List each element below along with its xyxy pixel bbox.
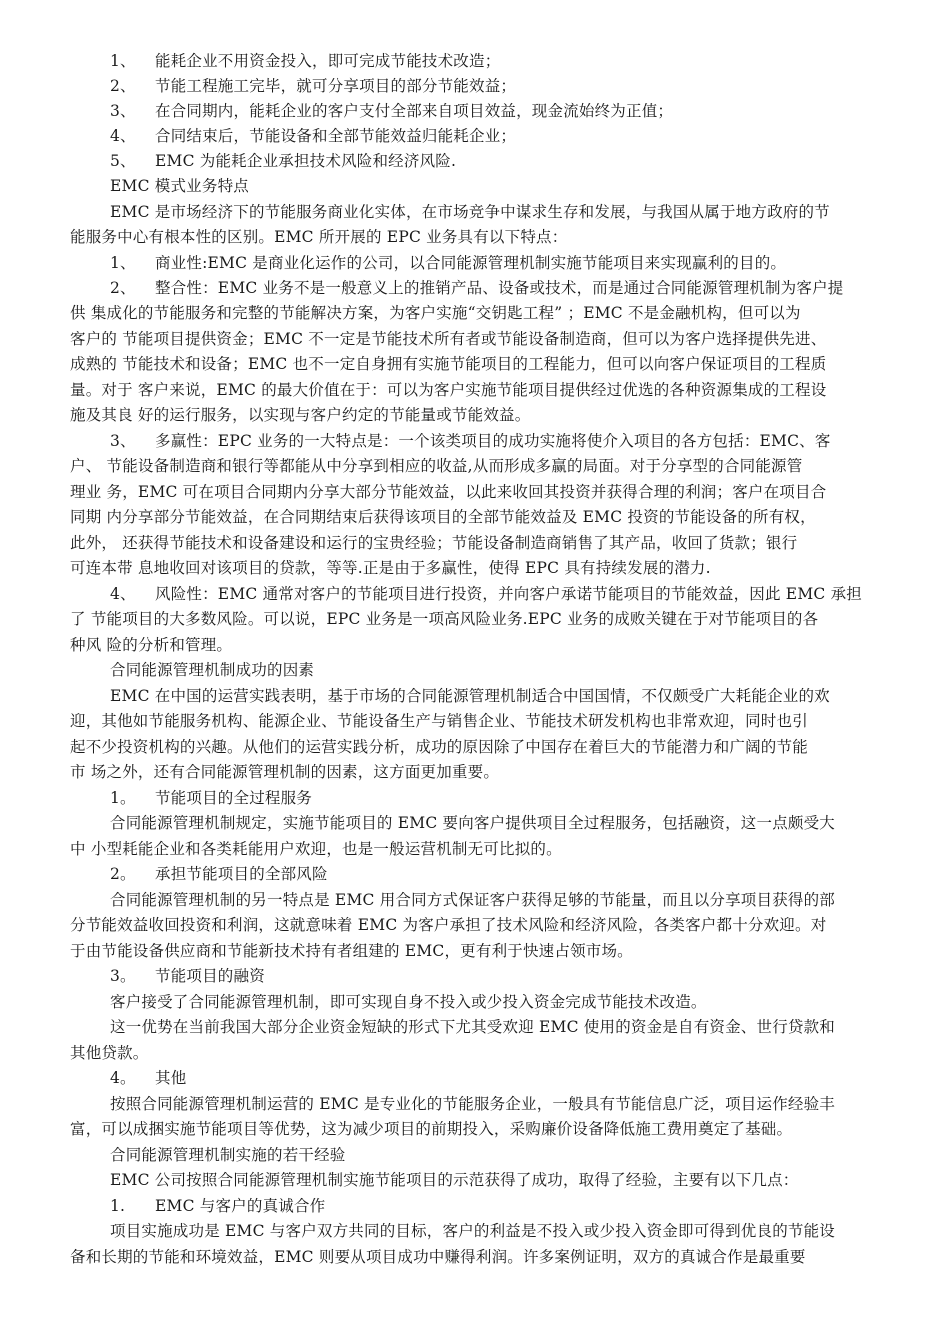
paragraph-line: 客户接受了合同能源管理机制，即可实现自身不投入或少投入资金完成节能技术改造。 bbox=[110, 991, 882, 1013]
paragraph-line: EMC 是市场经济下的节能服务商业化实体，在市场竞争中谋求生存和发展，与我国从属… bbox=[110, 201, 882, 223]
paragraph-line: 客户的 节能项目提供资金；EMC 不一定是节能技术所有者或节能设备制造商，但可以… bbox=[70, 328, 882, 350]
section-heading: EMC 模式业务特点 bbox=[110, 175, 882, 197]
item-text: EMC 为能耗企业承担技术风险和经济风险. bbox=[155, 152, 456, 170]
subsection-heading: 1.EMC 与客户的真诚合作 bbox=[110, 1195, 882, 1217]
paragraph-line: 能服务中心有根本性的区别。EMC 所开展的 EPC 业务具有以下特点： bbox=[70, 226, 882, 248]
item-number: 4。 bbox=[110, 1067, 155, 1089]
item-text: 节能工程施工完毕，就可分享项目的部分节能效益； bbox=[155, 77, 516, 95]
item-number: 2、 bbox=[110, 277, 155, 299]
item-number: 4、 bbox=[110, 125, 155, 147]
item-number: 1。 bbox=[110, 787, 155, 809]
paragraph-line: 迎，其他如节能服务机构、能源企业、节能设备生产与销售企业、节能技术研发机构也非常… bbox=[70, 710, 882, 732]
paragraph-line: 理业 务，EMC 可在项目合同期内分享大部分节能效益，以此来收回其投资并获得合理… bbox=[70, 481, 882, 503]
paragraph-line: 种风 险的分析和管理。 bbox=[70, 634, 882, 656]
paragraph-line: 其他贷款。 bbox=[70, 1042, 882, 1064]
item-number: 1、 bbox=[110, 50, 155, 72]
paragraph-line: 中 小型耗能企业和各类耗能用户欢迎，也是一般运营机制无可比拟的。 bbox=[70, 838, 882, 860]
paragraph-line: 量。对于 客户来说，EMC 的最大价值在于：可以为客户实施节能项目提供经过优选的… bbox=[70, 379, 882, 401]
subsection-heading: 4。其他 bbox=[110, 1067, 882, 1089]
paragraph-line: 可连本带 息地收回对该项目的贷款，等等.正是由于多赢性，使得 EPC 具有持续发… bbox=[70, 557, 882, 579]
item-text: 在合同期内，能耗企业的客户支付全部来自项目效益，现金流始终为正值； bbox=[155, 102, 673, 120]
section-heading: 合同能源管理机制成功的因素 bbox=[110, 659, 882, 681]
paragraph-line: 了 节能项目的大多数风险。可以说，EPC 业务是一项高风险业务.EPC 业务的成… bbox=[70, 608, 882, 630]
paragraph-line: 这一优势在当前我国大部分企业资金短缺的形式下尤其受欢迎 EMC 使用的资金是自有… bbox=[110, 1016, 882, 1038]
paragraph-line: 起不少投资机构的兴趣。从他们的运营实践分析，成功的原因除了中国存在着巨大的节能潜… bbox=[70, 736, 882, 758]
paragraph-line: 供 集成化的节能服务和完整的节能解决方案，为客户实施“交钥匙工程” ；EMC 不… bbox=[70, 302, 882, 324]
benefit-item: 3、在合同期内，能耗企业的客户支付全部来自项目效益，现金流始终为正值； bbox=[110, 100, 882, 122]
item-number: 1. bbox=[110, 1195, 155, 1217]
paragraph-line: 施及其良 好的运行服务，以实现与客户约定的节能量或节能效益。 bbox=[70, 404, 882, 426]
paragraph-line: 富，可以成捆实施节能项目等优势，这为减少项目的前期投入，采购廉价设备降低施工费用… bbox=[70, 1118, 882, 1140]
feature-item: 4、风险性：EMC 通常对客户的节能项目进行投资，并向客户承诺节能项目的节能效益… bbox=[110, 583, 882, 605]
subsection-heading: 3。节能项目的融资 bbox=[110, 965, 882, 987]
item-text: 合同结束后，节能设备和全部节能效益归能耗企业； bbox=[155, 127, 516, 145]
paragraph-line: 于由节能设备供应商和节能新技术持有者组建的 EMC，更有利于快速占领市场。 bbox=[70, 940, 882, 962]
item-number: 3、 bbox=[110, 430, 155, 452]
item-number: 1、 bbox=[110, 252, 155, 274]
section-heading: 合同能源管理机制实施的若干经验 bbox=[110, 1144, 882, 1166]
paragraph-line: 同期 内分享部分节能效益，在合同期结束后获得该项目的全部节能效益及 EMC 投资… bbox=[70, 506, 882, 528]
item-text: 节能项目的全过程服务 bbox=[155, 789, 312, 807]
feature-item: 1、商业性:EMC 是商业化运作的公司，以合同能源管理机制实施节能项目来实现赢利… bbox=[110, 252, 882, 274]
item-number: 3。 bbox=[110, 965, 155, 987]
benefit-item: 2、节能工程施工完毕，就可分享项目的部分节能效益； bbox=[110, 75, 882, 97]
item-text: 整合性：EMC 业务不是一般意义上的推销产品、设备或技术，而是通过合同能源管理机… bbox=[155, 279, 843, 297]
benefit-item: 1、能耗企业不用资金投入，即可完成节能技术改造； bbox=[110, 50, 882, 72]
feature-item: 3、多赢性：EPC 业务的一大特点是：一个该类项目的成功实施将使介入项目的各方包… bbox=[110, 430, 882, 452]
paragraph-line: 市 场之外，还有合同能源管理机制的因素，这方面更加重要。 bbox=[70, 761, 882, 783]
item-text: 节能项目的融资 bbox=[155, 967, 265, 985]
subsection-heading: 1。节能项目的全过程服务 bbox=[110, 787, 882, 809]
item-text: 风险性：EMC 通常对客户的节能项目进行投资，并向客户承诺节能项目的节能效益，因… bbox=[155, 585, 862, 603]
item-text: 商业性:EMC 是商业化运作的公司，以合同能源管理机制实施节能项目来实现赢利的目… bbox=[155, 254, 786, 272]
item-text: EMC 与客户的真诚合作 bbox=[155, 1197, 325, 1215]
item-number: 5、 bbox=[110, 150, 155, 172]
feature-item: 2、整合性：EMC 业务不是一般意义上的推销产品、设备或技术，而是通过合同能源管… bbox=[110, 277, 882, 299]
paragraph-line: 合同能源管理机制的另一特点是 EMC 用合同方式保证客户获得足够的节能量，而且以… bbox=[110, 889, 882, 911]
benefit-item: 4、合同结束后，节能设备和全部节能效益归能耗企业； bbox=[110, 125, 882, 147]
paragraph-line: 此外， 还获得节能技术和设备建设和运行的宝贵经验；节能设备制造商销售了其产品，收… bbox=[70, 532, 882, 554]
paragraph-line: EMC 公司按照合同能源管理机制实施节能项目的示范获得了成功，取得了经验，主要有… bbox=[110, 1169, 882, 1191]
item-number: 4、 bbox=[110, 583, 155, 605]
paragraph-line: 项目实施成功是 EMC 与客户双方共同的目标，客户的利益是不投入或少投入资金即可… bbox=[110, 1220, 882, 1242]
paragraph-line: 合同能源管理机制规定，实施节能项目的 EMC 要向客户提供项目全过程服务，包括融… bbox=[110, 812, 882, 834]
item-text: 承担节能项目的全部风险 bbox=[155, 865, 328, 883]
item-number: 2、 bbox=[110, 75, 155, 97]
item-number: 2。 bbox=[110, 863, 155, 885]
item-text: 多赢性：EPC 业务的一大特点是：一个该类项目的成功实施将使介入项目的各方包括：… bbox=[155, 432, 831, 450]
paragraph-line: 备和长期的节能和环境效益，EMC 则要从项目成功中赚得利润。许多案例证明，双方的… bbox=[70, 1246, 882, 1268]
document-page: 1、能耗企业不用资金投入，即可完成节能技术改造； 2、节能工程施工完毕，就可分享… bbox=[0, 0, 950, 1344]
paragraph-line: EMC 在中国的运营实践表明，基于市场的合同能源管理机制适合中国国情，不仅颇受广… bbox=[110, 685, 882, 707]
paragraph-line: 分节能效益收回投资和利润，这就意味着 EMC 为客户承担了技术风险和经济风险，各… bbox=[70, 914, 882, 936]
benefit-item: 5、EMC 为能耗企业承担技术风险和经济风险. bbox=[110, 150, 882, 172]
paragraph-line: 成熟的 节能技术和设备；EMC 也不一定自身拥有实施节能项目的工程能力，但可以向… bbox=[70, 353, 882, 375]
item-text: 其他 bbox=[155, 1069, 186, 1087]
item-number: 3、 bbox=[110, 100, 155, 122]
item-text: 能耗企业不用资金投入，即可完成节能技术改造； bbox=[155, 52, 500, 70]
paragraph-line: 按照合同能源管理机制运营的 EMC 是专业化的节能服务企业，一般具有节能信息广泛… bbox=[110, 1093, 882, 1115]
paragraph-line: 户、 节能设备制造商和银行等都能从中分享到相应的收益,从而形成多赢的局面。对于分… bbox=[70, 455, 882, 477]
subsection-heading: 2。承担节能项目的全部风险 bbox=[110, 863, 882, 885]
